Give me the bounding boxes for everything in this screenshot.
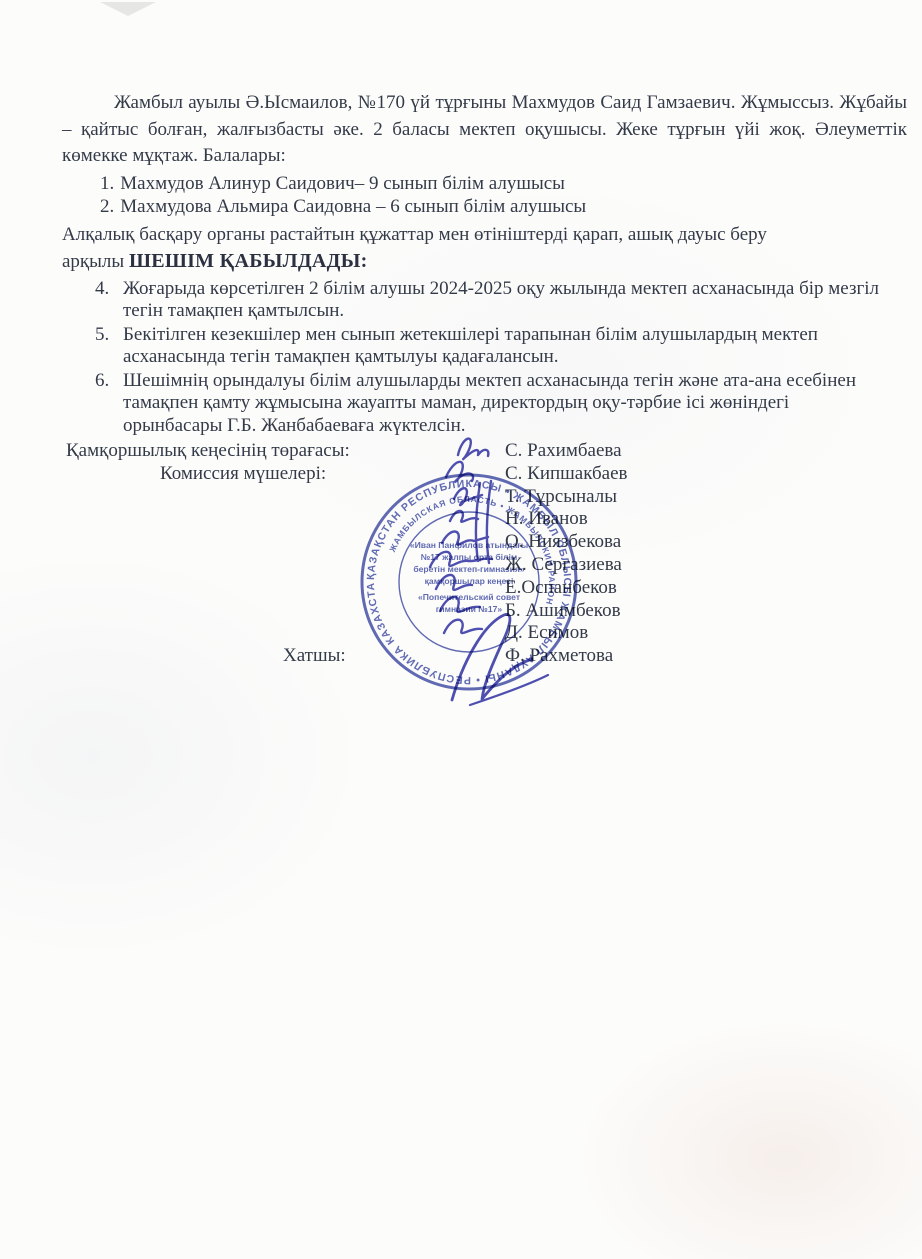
signature-stroke bbox=[476, 483, 480, 561]
list-item-text: Махмудова Альмира Саидовна – 6 сынып біл… bbox=[120, 196, 586, 217]
signature-stroke bbox=[442, 532, 488, 545]
list-item: 2.Махмудова Альмира Саидовна – 6 сынып б… bbox=[100, 195, 907, 219]
signature-stroke bbox=[470, 675, 548, 705]
list-item-number: 6. bbox=[95, 370, 123, 438]
handwritten-signatures bbox=[350, 425, 640, 715]
list-item-number: 2. bbox=[100, 195, 114, 219]
document-body: Жамбыл ауылы Ә.Ысмаилов, №170 үй тұрғыны… bbox=[62, 90, 907, 439]
decision-heading: ШЕШІМ ҚАБЫЛДАДЫ: bbox=[129, 250, 368, 272]
list-item: 4. Жоғарыда көрсетілген 2 білім алушы 20… bbox=[95, 278, 907, 323]
scanned-document-page: Жамбыл ауылы Ә.Ысмаилов, №170 үй тұрғыны… bbox=[0, 0, 922, 1259]
paper-fold-mark bbox=[100, 2, 156, 16]
signature-stroke bbox=[450, 511, 478, 522]
intro-paragraph: Жамбыл ауылы Ә.Ысмаилов, №170 үй тұрғыны… bbox=[62, 90, 907, 170]
list-item: 1.Махмудов Алинур Саидович– 9 сынып білі… bbox=[100, 172, 907, 196]
list-item-number: 4. bbox=[95, 278, 123, 323]
signature-stroke bbox=[444, 620, 482, 633]
decisions-list: 4. Жоғарыда көрсетілген 2 білім алушы 20… bbox=[95, 278, 907, 438]
list-item-number: 5. bbox=[95, 324, 123, 369]
decision-intro: Алқалық басқару органы растайтын құжатта… bbox=[62, 222, 907, 276]
signature-stroke bbox=[458, 439, 488, 460]
secretary-label: Хатшы: bbox=[283, 645, 346, 667]
children-list: 1.Махмудов Алинур Саидович– 9 сынып білі… bbox=[100, 172, 907, 219]
signature-stroke bbox=[487, 481, 491, 563]
members-label: Комиссия мүшелері: bbox=[160, 463, 326, 485]
signature-stroke bbox=[446, 462, 473, 482]
list-item-number: 1. bbox=[100, 172, 114, 196]
signature-stroke bbox=[440, 597, 480, 612]
list-item-text: Бекітілген кезекшілер мен сынып жетекшіл… bbox=[123, 324, 883, 369]
list-item: 5. Бекітілген кезекшілер мен сынып жетек… bbox=[95, 324, 907, 369]
signature-stroke bbox=[430, 552, 492, 567]
list-item-text: Жоғарыда көрсетілген 2 білім алушы 2024-… bbox=[123, 278, 883, 323]
chairman-label: Қамқоршылық кеңесінің төрағасы: bbox=[66, 440, 350, 462]
decision-intro-line2: арқылы bbox=[62, 251, 129, 272]
signature-stroke bbox=[436, 575, 472, 590]
list-item-text: Махмудов Алинур Саидович– 9 сынып білім … bbox=[120, 173, 565, 194]
decision-intro-line1: Алқалық басқару органы растайтын құжатта… bbox=[62, 224, 767, 245]
